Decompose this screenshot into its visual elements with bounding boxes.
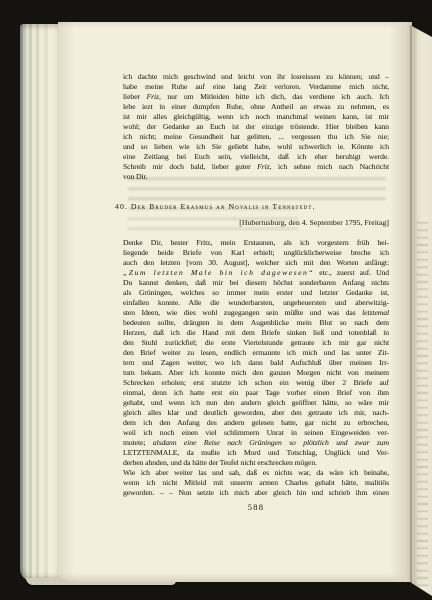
text-run: Schreib mir doch bald, lieber guter bbox=[123, 162, 257, 171]
text-line: von Dir. bbox=[123, 172, 389, 182]
text-line: tern und Zagen weiter, wo ich dann bald … bbox=[123, 358, 389, 368]
text-run: dem ich den Anfang des andern gelesen ha… bbox=[123, 418, 389, 427]
text-run: den Brief weiter zu lesen, endlich erman… bbox=[123, 348, 389, 357]
text-line: „Zum letzten Male bin ich dagewesen“ etc… bbox=[123, 268, 389, 278]
next-page-faint-text bbox=[417, 222, 428, 588]
text-line: ich dachte mich geschwind und leicht von… bbox=[123, 72, 389, 82]
text-run: LETZTENMALE, da mußte ich Mord und Totsc… bbox=[123, 448, 389, 457]
text-line: dem ich den Anfang des andern gelesen ha… bbox=[123, 418, 389, 428]
text-line: eine Zeitlang bei Euch sein, vielleicht,… bbox=[123, 152, 389, 162]
text-run: ist mir alles gleichgültig, wenn ich noc… bbox=[123, 112, 389, 121]
text-line: Herzen, daß ich die Hand mit dem Briefe … bbox=[123, 328, 389, 338]
text-run: tum bekam. Aber ich konnte mich den ganz… bbox=[123, 368, 389, 377]
text-run: ich dachte mich geschwind und leicht von… bbox=[123, 72, 389, 81]
text-run: gleich alles klar und deutlich geworden,… bbox=[123, 408, 389, 417]
photo-background: { "page": { "page_number": "588", "headi… bbox=[0, 0, 432, 600]
text-line: bedeuten sollte, drängten in dem Augenbl… bbox=[123, 318, 389, 328]
text-run: Friz bbox=[257, 162, 269, 171]
text-line: gehabt, und wenn ich nun den andern glei… bbox=[123, 398, 389, 408]
text-line: den Stuhl zurückfiel; die erste Viertels… bbox=[123, 338, 389, 348]
letter-body-paragraph: Denke Dir, bester Fritz, mein Erstaunen,… bbox=[123, 238, 389, 498]
text-run: mutete; bbox=[123, 438, 153, 447]
text-line: wenn ich nicht Mitleid mit unserm armen … bbox=[123, 478, 389, 488]
text-run: Friz bbox=[147, 92, 159, 101]
text-line: Wie ich aber weiter las und sah, daß es … bbox=[123, 468, 389, 478]
text-line: derben ahnden, und da hätte der Teufel n… bbox=[123, 458, 389, 468]
text-run: lieber bbox=[123, 92, 147, 101]
text-run: eine Zeitlang bei Euch sein, vielleicht,… bbox=[123, 152, 389, 161]
letter-heading: 40. Der Bruder Erasmus an Novalis in Ten… bbox=[115, 201, 395, 212]
text-run: einmal, denn ich hatte erst ein paar Tag… bbox=[123, 388, 389, 397]
text-run: wohl; der Gedanke an Euch ist der einzig… bbox=[123, 122, 389, 131]
text-run: Du kannst denken, daß mir bei diesem höc… bbox=[123, 278, 389, 287]
text-line: LETZTENMALE, da mußte ich Mord und Totsc… bbox=[123, 448, 389, 458]
continued-letter-paragraph: ich dachte mich geschwind und leicht von… bbox=[123, 72, 389, 182]
text-line: Denke Dir, bester Fritz, mein Erstaunen,… bbox=[123, 238, 389, 248]
text-line: den Brief weiter zu lesen, endlich erman… bbox=[123, 348, 389, 358]
text-run: ich nicht; meine Gesundheit hat gelitten… bbox=[123, 132, 389, 141]
text-line: Du kannst denken, daß mir bei diesem höc… bbox=[123, 278, 389, 288]
text-run: habe meine Ruhe auf eine lang Zeit verlo… bbox=[123, 82, 389, 91]
text-run: einfallen konnte. Alle die wunderbarsten… bbox=[123, 298, 389, 307]
text-block: ich dachte mich geschwind und leicht von… bbox=[123, 0, 389, 600]
text-line: auch den letzten [vom 30. August], welch… bbox=[123, 258, 389, 268]
text-run: alsdann eine Reise nach Grüningen so plö… bbox=[153, 438, 389, 447]
text-run: , ich sehne mich nach Nachricht bbox=[270, 162, 389, 171]
text-line: tum bekam. Aber ich konnte mich den ganz… bbox=[123, 368, 389, 378]
text-run: , nur um Mitleiden bitte ich dich, das v… bbox=[159, 92, 389, 101]
text-line: sten Ideen, wie dies wohl zugegangen sei… bbox=[123, 308, 389, 318]
text-run: tern und Zagen weiter, wo ich dann bald … bbox=[123, 358, 389, 367]
text-line: einmal, denn ich hatte erst ein paar Tag… bbox=[123, 388, 389, 398]
text-run: sten Ideen, wie dies wohl zugegangen sei… bbox=[123, 308, 362, 317]
text-line: lieber Friz, nur um Mitleiden bitte ich … bbox=[123, 92, 389, 102]
text-line: ist mir alles gleichgültig, wenn ich noc… bbox=[123, 112, 389, 122]
text-line: gleich alles klar und deutlich geworden,… bbox=[123, 408, 389, 418]
text-line: einfallen konnte. Alle die wunderbarsten… bbox=[123, 298, 389, 308]
text-run: gehabt, und wenn ich nun den andern glei… bbox=[123, 398, 389, 407]
text-run: derben ahnden, und da hätte der Teufel n… bbox=[123, 458, 317, 467]
text-line: weil ich noch einen viel schlimmern Unra… bbox=[123, 428, 389, 438]
book-page-edges-stack bbox=[20, 24, 60, 581]
next-page-edge bbox=[410, 22, 432, 598]
text-line: mutete; alsdann eine Reise nach Grüninge… bbox=[123, 438, 389, 448]
text-run: und so lieben wie ich Sie geliebt habe, … bbox=[123, 142, 389, 151]
text-run: weil ich noch einen viel schlimmern Unra… bbox=[123, 428, 389, 437]
text-run: letztemal bbox=[362, 308, 389, 317]
text-run: geworden. – – Nun setzte ich mich aber g… bbox=[123, 488, 389, 497]
text-line: lebe iezt in einer dumpfen Ruhe, ohne An… bbox=[123, 102, 389, 112]
text-run: wenn ich nicht Mitleid mit unserm armen … bbox=[123, 478, 389, 487]
text-run: den Stuhl zurückfiel; die erste Viertels… bbox=[123, 338, 389, 347]
text-line: habe meine Ruhe auf eine lang Zeit verlo… bbox=[123, 82, 389, 92]
text-run: bedeuten sollte, drängten in dem Augenbl… bbox=[123, 318, 389, 327]
text-run: lebe iezt in einer dumpfen Ruhe, ohne An… bbox=[123, 102, 389, 111]
text-run: etc., zuerst auf. Und bbox=[314, 268, 389, 277]
text-run: Wie ich aber weiter las und sah, daß es … bbox=[123, 468, 389, 477]
text-run: als Grüningen, welches so immer mein ers… bbox=[123, 288, 389, 297]
text-line: als Grüningen, welches so immer mein ers… bbox=[123, 288, 389, 298]
text-line: geworden. – – Nun setzte ich mich aber g… bbox=[123, 488, 389, 498]
letter-dateline: [Hubertusburg, den 4. September 1795, Fr… bbox=[123, 217, 389, 228]
page-number: 588 bbox=[123, 502, 389, 513]
text-run: „Zum letzten Male bin ich dagewesen“ bbox=[123, 268, 314, 277]
text-line: Schreib mir doch bald, lieber guter Friz… bbox=[123, 162, 389, 172]
text-run: von Dir. bbox=[123, 172, 147, 181]
text-line: und so lieben wie ich Sie geliebt habe, … bbox=[123, 142, 389, 152]
text-run: Herzen, daß ich die Hand mit dem Briefe … bbox=[123, 328, 389, 337]
text-line: liegende beide Briefe von Karl erhielt; … bbox=[123, 248, 389, 258]
book-photo: ich dachte mich geschwind und leicht von… bbox=[0, 0, 432, 600]
text-run: Schrecken erholen; erst stutzte ich scho… bbox=[123, 378, 389, 387]
text-run: auch den letzten [vom 30. August], welch… bbox=[123, 258, 389, 267]
text-line: wohl; der Gedanke an Euch ist der einzig… bbox=[123, 122, 389, 132]
text-run: Denke Dir, bester Fritz, mein Erstaunen,… bbox=[123, 238, 389, 247]
text-line: ich nicht; meine Gesundheit hat gelitten… bbox=[123, 132, 389, 142]
text-run: liegende beide Briefe von Karl erhielt; … bbox=[123, 248, 389, 257]
text-line: Schrecken erholen; erst stutzte ich scho… bbox=[123, 378, 389, 388]
